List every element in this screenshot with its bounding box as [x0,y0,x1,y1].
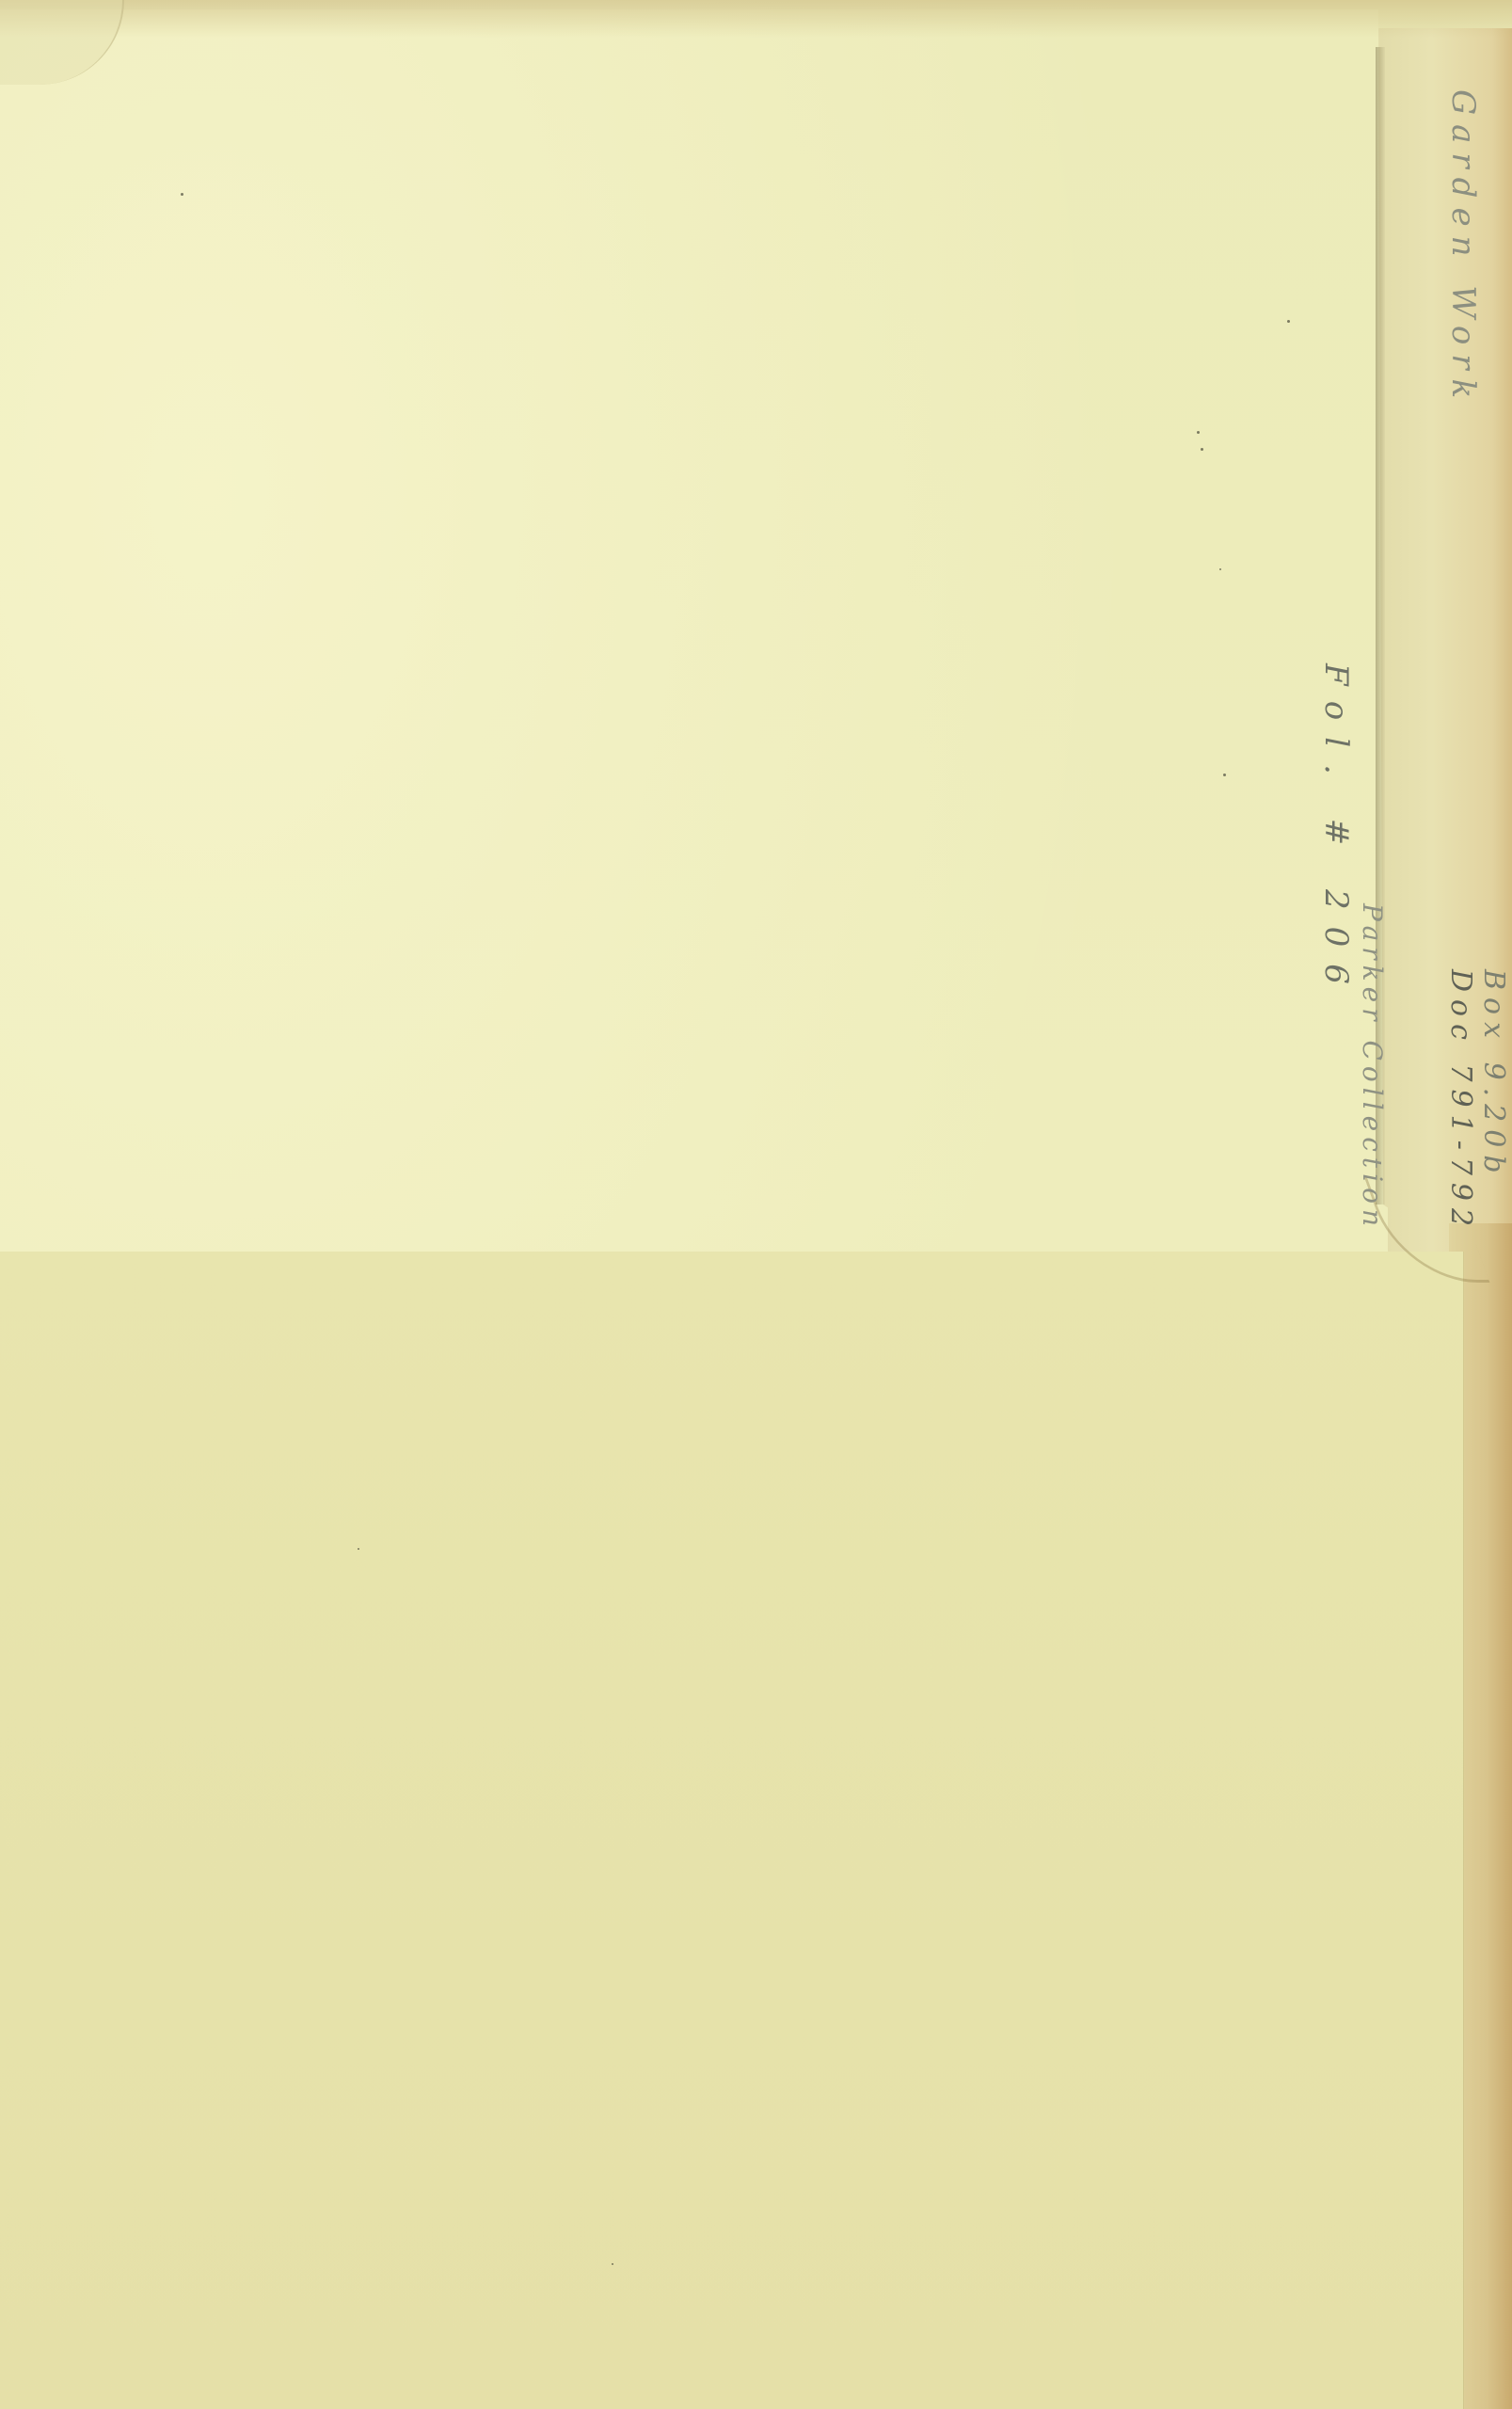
folder-number-handwriting: Fol. # 206 [1317,663,1355,1001]
paper-speck [1201,448,1203,451]
paper-speck [1287,320,1290,323]
box-number-handwriting: Box 9.20b [1477,969,1510,1181]
collection-name-handwriting: Parker Collection [1357,903,1388,1232]
paper-speck [1223,774,1226,776]
paper-speck [1197,431,1200,434]
top-edge-shadow [0,0,1512,38]
doc-range-handwriting: Doc 791-792 [1444,969,1477,1234]
tab-label-handwriting: Garden Work [1444,89,1482,407]
paper-speck [358,1548,359,1550]
paper-speck [181,193,183,196]
paper-speck [1219,568,1221,570]
paper-speck [612,2263,613,2265]
folder-front-lower [0,1252,1464,2409]
